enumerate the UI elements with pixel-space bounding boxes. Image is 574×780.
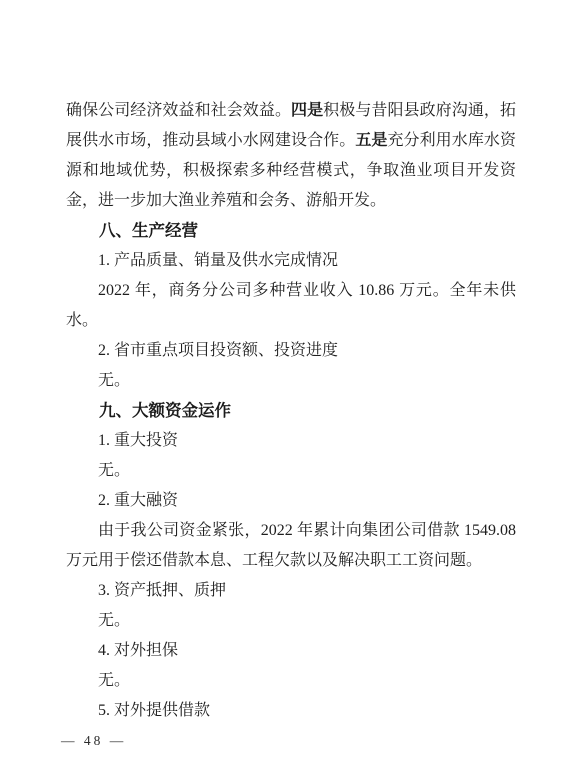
paragraph-none: 无。 (66, 666, 516, 696)
text-run-bold-wushi: 五是 (355, 132, 387, 149)
list-item-product-quality: 1. 产品质量、销量及供水完成情况 (66, 246, 516, 276)
paragraph-borrowing-detail: 由于我公司资金紧张，2022 年累计向集团公司借款 1549.08 万元用于偿还… (66, 516, 516, 576)
text-run-bold-sidei: 四是 (291, 102, 323, 119)
list-item-key-projects: 2. 省市重点项目投资额、投资进度 (66, 336, 516, 366)
list-item-major-investment: 1. 重大投资 (66, 426, 516, 456)
document-body: 确保公司经济效益和社会效益。四是积极与昔阳县政府沟通，拓展供水市场，推动县域小水… (66, 96, 516, 726)
page-number: — 48 — (61, 733, 126, 749)
text-run: 确保公司经济效益和社会效益。 (66, 102, 291, 119)
section-heading-large-funds: 九、大额资金运作 (66, 396, 516, 426)
list-item-external-guarantee: 4. 对外担保 (66, 636, 516, 666)
section-heading-production: 八、生产经营 (66, 216, 516, 246)
paragraph-continuation: 确保公司经济效益和社会效益。四是积极与昔阳县政府沟通，拓展供水市场，推动县域小水… (66, 96, 516, 216)
list-item-major-financing: 2. 重大融资 (66, 486, 516, 516)
paragraph-none: 无。 (66, 366, 516, 396)
paragraph-none: 无。 (66, 456, 516, 486)
list-item-external-loans: 5. 对外提供借款 (66, 696, 516, 726)
list-item-asset-pledge: 3. 资产抵押、质押 (66, 576, 516, 606)
paragraph-none: 无。 (66, 606, 516, 636)
paragraph-revenue: 2022 年，商务分公司多种营业收入 10.86 万元。全年未供水。 (66, 276, 516, 336)
document-page: 确保公司经济效益和社会效益。四是积极与昔阳县政府沟通，拓展供水市场，推动县域小水… (0, 0, 574, 780)
